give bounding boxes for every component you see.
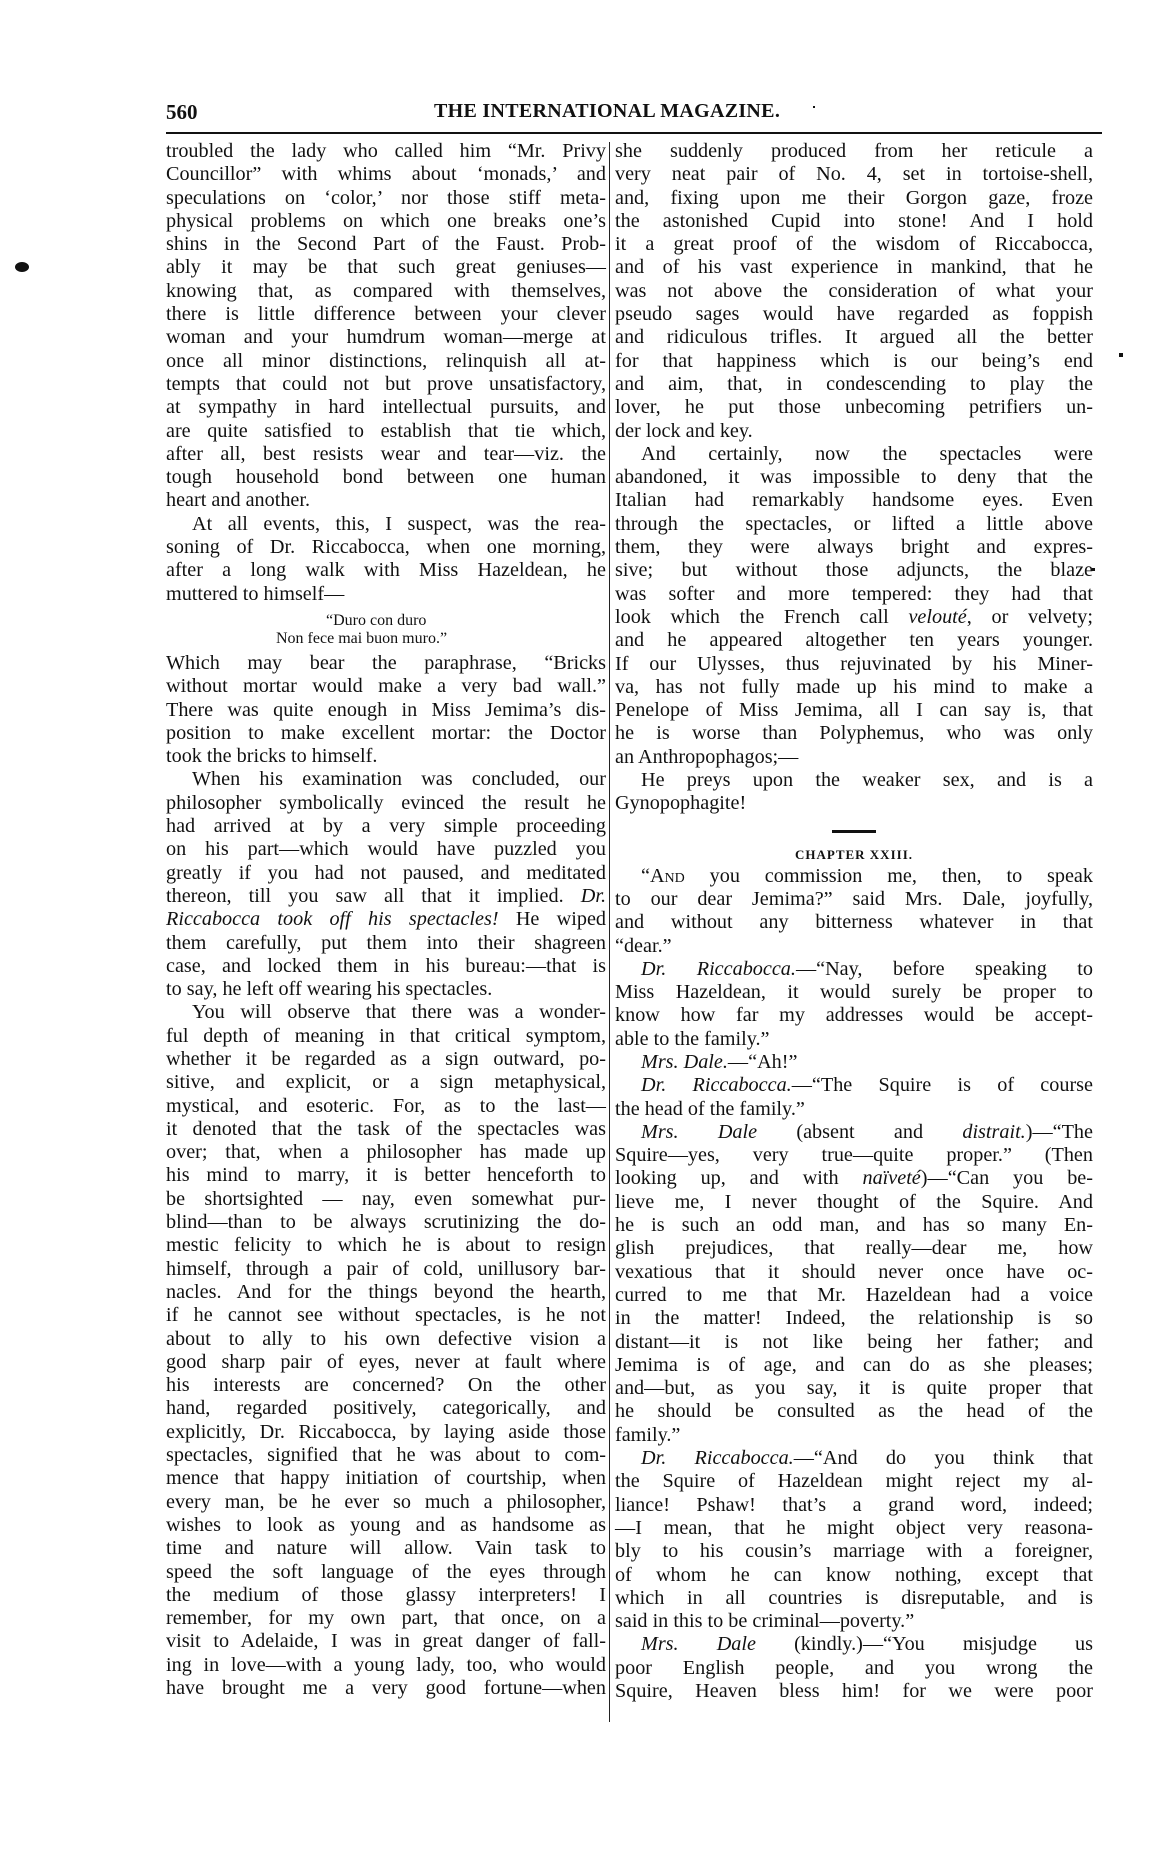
ink-speck: [1092, 568, 1095, 571]
text-line: You will observe that there was a wonder…: [166, 1001, 606, 1024]
text-line: nacles. And for the things beyond the he…: [166, 1281, 606, 1304]
text-line: know how far my addresses would be accep…: [615, 1004, 1093, 1027]
text-line: hand, regarded positively, categorically…: [166, 1397, 606, 1420]
text-line: case, and locked them in his bureau:—tha…: [166, 955, 606, 978]
dialogue-paragraph: Mrs. Dale (absent and distrait.)—“The Sq…: [615, 1121, 1093, 1447]
text-line: and of his vast experience in mankind, t…: [615, 256, 1093, 279]
text-line: position to make excellent mortar: the D…: [166, 722, 606, 745]
text-line: the Squire of Hazeldean might reject my …: [615, 1470, 1093, 1493]
text-line: them, they were always bright and expres…: [615, 536, 1093, 559]
paragraph-cont: soning of Dr. Riccabocca, when one morni…: [166, 536, 606, 606]
text-line: muttered to himself—: [166, 583, 606, 606]
text-line: ful depth of meaning in that critical sy…: [166, 1025, 606, 1048]
text-line: Miss Hazeldean, it would surely be prope…: [615, 981, 1093, 1004]
paragraph-continued: she suddenly produced from her reticule …: [615, 140, 1093, 443]
dialogue-text: (kindly.)—“You misjudge us: [756, 1633, 1093, 1655]
text-line: He preys upon the weaker sex, and is a: [615, 769, 1093, 792]
speaker-name: Mrs. Dale: [641, 1121, 757, 1143]
text-line: he should be consulted as the head of th…: [615, 1400, 1093, 1423]
text-line: himself, through a pair of cold, unillus…: [166, 1258, 606, 1281]
right-column: she suddenly produced from her reticule …: [615, 140, 1093, 1703]
verse-line: “Duro con duro: [166, 612, 606, 630]
text-line: physical problems on which one breaks on…: [166, 210, 606, 233]
text-line: to our dear Jemima?” said Mrs. Dale, joy…: [615, 888, 1093, 911]
dialogue-paragraph: Mrs. Dale.—“Ah!”: [615, 1051, 1093, 1074]
text-line: speed the soft language of the eyes thro…: [166, 1561, 606, 1584]
text-line: ing in love—with a young lady, too, who …: [166, 1654, 606, 1677]
dialogue-paragraph: Mrs. Dale (kindly.)—“You misjudge us poo…: [615, 1633, 1093, 1703]
paragraph: Which may bear the paraphrase, “Bricks w…: [166, 652, 606, 768]
text-line: them carefully, put them into their shag…: [166, 932, 606, 955]
italic-text: velouté: [908, 606, 966, 628]
text-line: over; that, when a philosopher has made …: [166, 1141, 606, 1164]
text-line: va, has not fully made up his mind to ma…: [615, 676, 1093, 699]
text-line: be shortsighted — nay, even somewhat pur…: [166, 1188, 606, 1211]
text-line: Mrs. Dale.—“Ah!”: [615, 1051, 1093, 1074]
header-rule: [166, 132, 1102, 134]
text-line: on his part—which would have puzzled you: [166, 838, 606, 861]
speaker-name: Dr. Riccabocca.: [641, 1447, 794, 1469]
text-line: Penelope of Miss Jemima, all I can say i…: [615, 699, 1093, 722]
text-line: remember, for my own part, that once, on…: [166, 1607, 606, 1630]
journal-title: THE INTERNATIONAL MAGAZINE.: [434, 100, 780, 123]
text-line: and—but, as you say, it is quite proper …: [615, 1377, 1093, 1400]
text-line: Dr. Riccabocca.—“The Squire is of course: [615, 1074, 1093, 1097]
text-line: greatly if you had not paused, and medit…: [166, 862, 606, 885]
text-line: Which may bear the paraphrase, “Bricks: [166, 652, 606, 675]
italic-text: Dr.: [581, 885, 606, 907]
text-line: through the spectacles, or lifted a litt…: [615, 513, 1093, 536]
text-line: in the matter! Indeed, the relationship …: [615, 1307, 1093, 1330]
dialogue-paragraph: Dr. Riccabocca.—“The Squire is of course…: [615, 1074, 1093, 1121]
left-column: troubled the lady who called him “Mr. Pr…: [166, 140, 606, 1700]
text-line: liance! Pshaw! that’s a grand word, inde…: [615, 1494, 1093, 1517]
text-line: Jemima is of age, and can do as she plea…: [615, 1354, 1093, 1377]
text-line: which in all countries is disreputable, …: [615, 1587, 1093, 1610]
text-line: it a great proof of the wisdom of Riccab…: [615, 233, 1093, 256]
text-line: sitive, and explicit, or a sign metaphys…: [166, 1071, 606, 1094]
text-line: he is worse than Polyphemus, who was onl…: [615, 722, 1093, 745]
text-line: tough household bond between one human: [166, 466, 606, 489]
text-line: shins in the Second Part of the Faust. P…: [166, 233, 606, 256]
text-line: lover, he put those unbecoming petrifier…: [615, 396, 1093, 419]
italian-proverb: “Duro con duro Non fece mai buon muro.”: [166, 612, 606, 648]
text-line: are quite satisfied to establish that ti…: [166, 420, 606, 443]
text-line: Dr. Riccabocca.—“And do you think that: [615, 1447, 1093, 1470]
text-line: after a long walk with Miss Hazeldean, h…: [166, 559, 606, 582]
text-line: said in this to be criminal—poverty.”: [615, 1610, 1093, 1633]
dialogue-paragraph: Dr. Riccabocca.—“And do you think that t…: [615, 1447, 1093, 1633]
text-line: the astonished Cupid into stone! And I h…: [615, 210, 1093, 233]
text-line: Mrs. Dale (kindly.)—“You misjudge us: [615, 1633, 1093, 1656]
text-line: whether it be regarded as a sign outward…: [166, 1048, 606, 1071]
text-line: she suddenly produced from her reticule …: [615, 140, 1093, 163]
text-line: blind—than to be always scrutinizing the…: [166, 1211, 606, 1234]
text-line: visit to Adelaide, I was in great danger…: [166, 1630, 606, 1653]
text-line: Squire—yes, very true—quite proper.” (Th…: [615, 1144, 1093, 1167]
page-number: 560: [166, 100, 198, 125]
ink-blot: [15, 262, 29, 272]
paragraph-continued: troubled the lady who called him “Mr. Pr…: [166, 140, 606, 513]
chapter-divider-rule: [832, 830, 876, 833]
text-line: “And you commission me, then, to speak: [615, 865, 1093, 888]
paragraph: And certainly, now the spectacles were a…: [615, 443, 1093, 769]
text-line: tempts that could not but prove unsatisf…: [166, 373, 606, 396]
text-line: about to ally to his own defective visio…: [166, 1328, 606, 1351]
text-line: it denoted that the task of the spectacl…: [166, 1118, 606, 1141]
text-line: took the bricks to himself.: [166, 745, 606, 768]
speaker-name: Dr. Riccabocca.: [641, 958, 796, 980]
text-line: and without any bitterness whatever in t…: [615, 911, 1093, 934]
small-caps-word: And: [650, 865, 685, 887]
text-line: explicitly, Dr. Riccabocca, by laying as…: [166, 1421, 606, 1444]
text-line: had arrived at by a very simple proceedi…: [166, 815, 606, 838]
text-line: at sympathy in hard intellectual pursuit…: [166, 396, 606, 419]
text-line: for that happiness which is our being’s …: [615, 350, 1093, 373]
text-line: —I mean, that he might object very reaso…: [615, 1517, 1093, 1540]
text-line: thereon, till you saw all that it implie…: [166, 885, 606, 908]
italic-text: Riccabocca took off his spectacles!: [166, 908, 499, 930]
text-line: vexatious that it should never once have…: [615, 1261, 1093, 1284]
text-line: able to the family.”: [615, 1028, 1093, 1051]
text-line: troubled the lady who called him “Mr. Pr…: [166, 140, 606, 163]
paragraph: At all events, this, I suspect, was the …: [166, 513, 606, 536]
text-line: and aim, that, in condescending to play …: [615, 373, 1093, 396]
text-line: there is little difference between your …: [166, 303, 606, 326]
text-line: Squire, Heaven bless him! for we were po…: [615, 1680, 1093, 1703]
text-line: mence that happy initiation of courtship…: [166, 1467, 606, 1490]
italic-text: distrait.: [962, 1121, 1025, 1143]
text-line: the head of the family.”: [615, 1098, 1093, 1121]
dialogue-paragraph: Dr. Riccabocca.—“Nay, before speaking to…: [615, 958, 1093, 1051]
text-line: Councillor” with whims about ‘monads,’ a…: [166, 163, 606, 186]
text-line: time and nature will allow. Vain task to: [166, 1537, 606, 1560]
text-line: wishes to look as young and as handsome …: [166, 1514, 606, 1537]
text-line: very neat pair of No. 4, set in tortoise…: [615, 163, 1093, 186]
text-line: and, fixing upon me their Gorgon gaze, f…: [615, 187, 1093, 210]
aside-text: (absent and: [796, 1121, 962, 1143]
dialogue-text: —“The Squire is of course: [792, 1074, 1093, 1096]
text-line: without mortar would make a very bad wal…: [166, 675, 606, 698]
speaker-name: Dr. Riccabocca.: [641, 1074, 792, 1096]
chapter-heading: CHAPTER XXIII.: [615, 845, 1093, 865]
text-line: knowing that, as compared with themselve…: [166, 280, 606, 303]
speaker-name: Mrs. Dale: [641, 1633, 756, 1655]
text-line: woman and your humdrum woman—merge at: [166, 326, 606, 349]
text-line: his mind to marry, it is better hencefor…: [166, 1164, 606, 1187]
text-line: every man, be he ever so much a philosop…: [166, 1491, 606, 1514]
paragraph: He preys upon the weaker sex, and is a G…: [615, 769, 1093, 816]
text-line: At all events, this, I suspect, was the …: [192, 513, 606, 536]
text-line: mystical, and esoteric. For, as to the l…: [166, 1095, 606, 1118]
text-line: soning of Dr. Riccabocca, when one morni…: [166, 536, 606, 559]
paragraph: You will observe that there was a wonder…: [166, 1001, 606, 1700]
text-line: abandoned, it was impossible to deny tha…: [615, 466, 1093, 489]
paragraph: “And you commission me, then, to speak t…: [615, 865, 1093, 958]
text-line: der lock and key.: [615, 420, 1093, 443]
dialogue-text: —“And do you think that: [794, 1447, 1093, 1469]
text-line: glish prejudices, that really—dear me, h…: [615, 1237, 1093, 1260]
text-line: if he cannot see without spectacles, is …: [166, 1304, 606, 1327]
text-line: philosopher symbolically evinced the res…: [166, 792, 606, 815]
text-line: have brought me a very good fortune—when: [166, 1677, 606, 1700]
ink-speck: [1119, 353, 1123, 357]
paragraph: When his examination was concluded, our …: [166, 768, 606, 1001]
verse-line: Non fece mai buon muro.”: [166, 630, 606, 648]
text-line: his interests are concerned? On the othe…: [166, 1374, 606, 1397]
text-line: speculations on ‘color,’ nor those stiff…: [166, 187, 606, 210]
text-line: look which the French call velouté, or v…: [615, 606, 1093, 629]
dialogue-text: —“Ah!”: [728, 1051, 798, 1073]
text-line: poor English people, and you wrong the: [615, 1657, 1093, 1680]
text-line: “dear.”: [615, 935, 1093, 958]
text-line: Italian had remarkably handsome eyes. Ev…: [615, 489, 1093, 512]
text-line: Dr. Riccabocca.—“Nay, before speaking to: [615, 958, 1093, 981]
text-line: an Anthropophagos;—: [615, 746, 1093, 769]
running-head: 560 THE INTERNATIONAL MAGAZINE.: [166, 100, 1106, 130]
text-line: curred to me that Mr. Hazeldean had a vo…: [615, 1284, 1093, 1307]
text-line: looking up, and with naïveté)—“Can you b…: [615, 1167, 1093, 1190]
text-line: and ridiculous trifles. It argued all th…: [615, 326, 1093, 349]
text-line: pseudo sages would have regarded as fopp…: [615, 303, 1093, 326]
text-line: distant—it is not like being her father;…: [615, 1331, 1093, 1354]
text-line: There was quite enough in Miss Jemima’s …: [166, 699, 606, 722]
aside-text: )—“The: [1026, 1121, 1093, 1143]
text-line: Mrs. Dale (absent and distrait.)—“The: [615, 1121, 1093, 1144]
text-line: the medium of those glassy interpreters!…: [166, 1584, 606, 1607]
text-line: spectacles, signified that he was about …: [166, 1444, 606, 1467]
italic-text: naïveté: [862, 1167, 920, 1189]
text-line: and he appeared altogether ten years you…: [615, 629, 1093, 652]
text-line: to say, he left off wearing his spectacl…: [166, 978, 606, 1001]
text-line: And certainly, now the spectacles were: [615, 443, 1093, 466]
text-line: was not above the consideration of what …: [615, 280, 1093, 303]
column-divider: [609, 142, 610, 1722]
speaker-name: Mrs. Dale.: [641, 1051, 728, 1073]
text-line: If our Ulysses, thus rejuvinated by his …: [615, 653, 1093, 676]
text-line: after all, best resists wear and tear—vi…: [166, 443, 606, 466]
text-line: good sharp pair of eyes, never at fault …: [166, 1351, 606, 1374]
text-line: of whom he can know nothing, except that: [615, 1564, 1093, 1587]
text-line: sive; but without those adjuncts, the bl…: [615, 559, 1093, 582]
text-line: lieve me, I never thought of the Squire.…: [615, 1191, 1093, 1214]
magazine-page: 560 THE INTERNATIONAL MAGAZINE. troubled…: [0, 0, 1176, 1850]
text-line: once all minor distinctions, relinquish …: [166, 350, 606, 373]
text-line: Gynopophagite!: [615, 792, 1093, 815]
text-line: was softer and more tempered: they had t…: [615, 583, 1093, 606]
text-line: When his examination was concluded, our: [166, 768, 606, 791]
text-line: family.”: [615, 1424, 1093, 1447]
text-line: ably it may be that such great geniuses—: [166, 256, 606, 279]
text-line: he is such an odd man, and has so many E…: [615, 1214, 1093, 1237]
text-line: mestic felicity to which he is about to …: [166, 1234, 606, 1257]
ink-speck: [813, 106, 815, 108]
text-line: Riccabocca took off his spectacles! He w…: [166, 908, 606, 931]
text-line: heart and another.: [166, 489, 606, 512]
text-line: bly to his cousin’s marriage with a fore…: [615, 1540, 1093, 1563]
